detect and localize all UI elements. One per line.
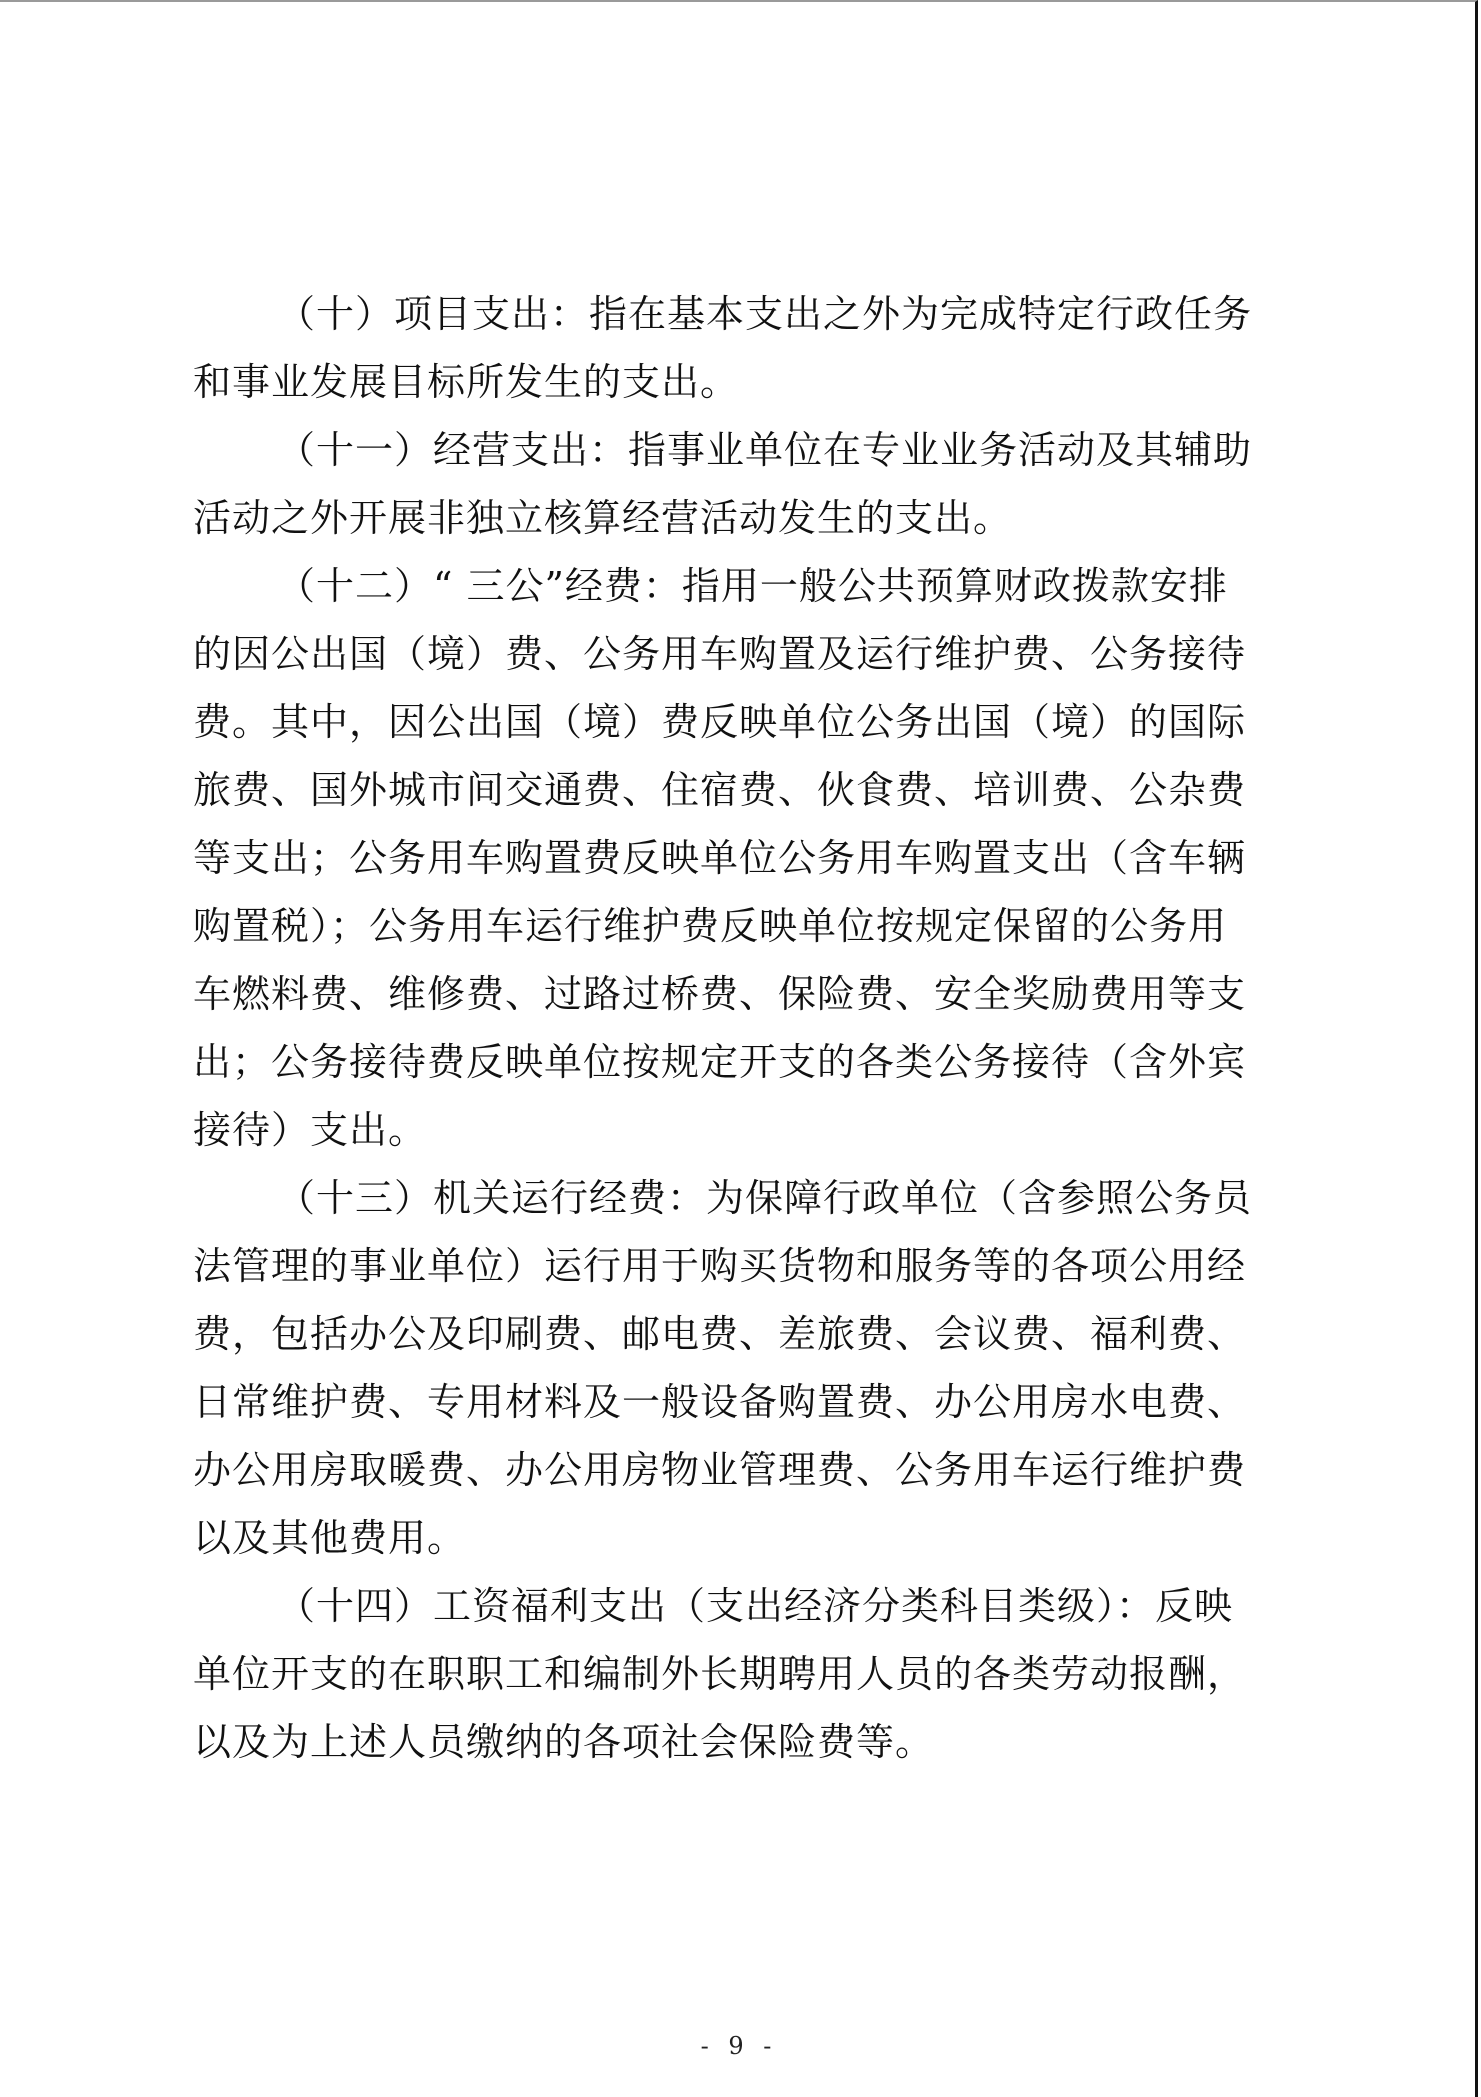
text-line: 单位开支的在职职工和编制外长期聘用人员的各类劳动报酬， bbox=[193, 1640, 1273, 1708]
text-line: 购置税）；公务用车运行维护费反映单位按规定保留的公务用 bbox=[193, 892, 1273, 960]
text-line: 活动之外开展非独立核算经营活动发生的支出。 bbox=[193, 484, 1273, 552]
text-line: 日常维护费、专用材料及一般设备购置费、办公用房水电费、 bbox=[193, 1368, 1273, 1436]
text-line: 车燃料费、维修费、过路过桥费、保险费、安全奖励费用等支 bbox=[193, 960, 1273, 1028]
paragraph-item-12: （十二）“ 三公”经费：指用一般公共预算财政拨款安排 的因公出国（境）费、公务用… bbox=[193, 552, 1273, 1164]
text-line: 办公用房取暖费、办公用房物业管理费、公务用车运行维护费 bbox=[193, 1436, 1273, 1504]
text-line: 等支出；公务用车购置费反映单位公务用车购置支出（含车辆 bbox=[193, 824, 1273, 892]
text-line: 和事业发展目标所发生的支出。 bbox=[193, 348, 1273, 416]
paragraph-item-10: （十）项目支出：指在基本支出之外为完成特定行政任务 和事业发展目标所发生的支出。 bbox=[193, 280, 1273, 416]
text-line: （十一）经营支出：指事业单位在专业业务活动及其辅助 bbox=[193, 416, 1273, 484]
text-line: 以及其他费用。 bbox=[193, 1504, 1273, 1572]
page-number: - 9 - bbox=[0, 2032, 1478, 2060]
text-line: （十二）“ 三公”经费：指用一般公共预算财政拨款安排 bbox=[193, 552, 1273, 620]
text-line: （十三）机关运行经费：为保障行政单位（含参照公务员 bbox=[193, 1164, 1273, 1232]
paragraph-item-13: （十三）机关运行经费：为保障行政单位（含参照公务员 法管理的事业单位）运行用于购… bbox=[193, 1164, 1273, 1572]
text-line: 费。其中，因公出国（境）费反映单位公务出国（境）的国际 bbox=[193, 688, 1273, 756]
text-line: 费，包括办公及印刷费、邮电费、差旅费、会议费、福利费、 bbox=[193, 1300, 1273, 1368]
text-line: 法管理的事业单位）运行用于购买货物和服务等的各项公用经 bbox=[193, 1232, 1273, 1300]
text-line: （十）项目支出：指在基本支出之外为完成特定行政任务 bbox=[193, 280, 1273, 348]
paragraph-item-14: （十四）工资福利支出（支出经济分类科目类级）：反映 单位开支的在职职工和编制外长… bbox=[193, 1572, 1273, 1776]
text-line: 以及为上述人员缴纳的各项社会保险费等。 bbox=[193, 1708, 1273, 1776]
text-line: 的因公出国（境）费、公务用车购置及运行维护费、公务接待 bbox=[193, 620, 1273, 688]
paragraph-item-11: （十一）经营支出：指事业单位在专业业务活动及其辅助 活动之外开展非独立核算经营活… bbox=[193, 416, 1273, 552]
document-page: （十）项目支出：指在基本支出之外为完成特定行政任务 和事业发展目标所发生的支出。… bbox=[0, 0, 1478, 2097]
text-line: （十四）工资福利支出（支出经济分类科目类级）：反映 bbox=[193, 1572, 1273, 1640]
document-body: （十）项目支出：指在基本支出之外为完成特定行政任务 和事业发展目标所发生的支出。… bbox=[193, 280, 1273, 1776]
text-line: 出；公务接待费反映单位按规定开支的各类公务接待（含外宾 bbox=[193, 1028, 1273, 1096]
text-line: 旅费、国外城市间交通费、住宿费、伙食费、培训费、公杂费 bbox=[193, 756, 1273, 824]
text-line: 接待）支出。 bbox=[193, 1096, 1273, 1164]
